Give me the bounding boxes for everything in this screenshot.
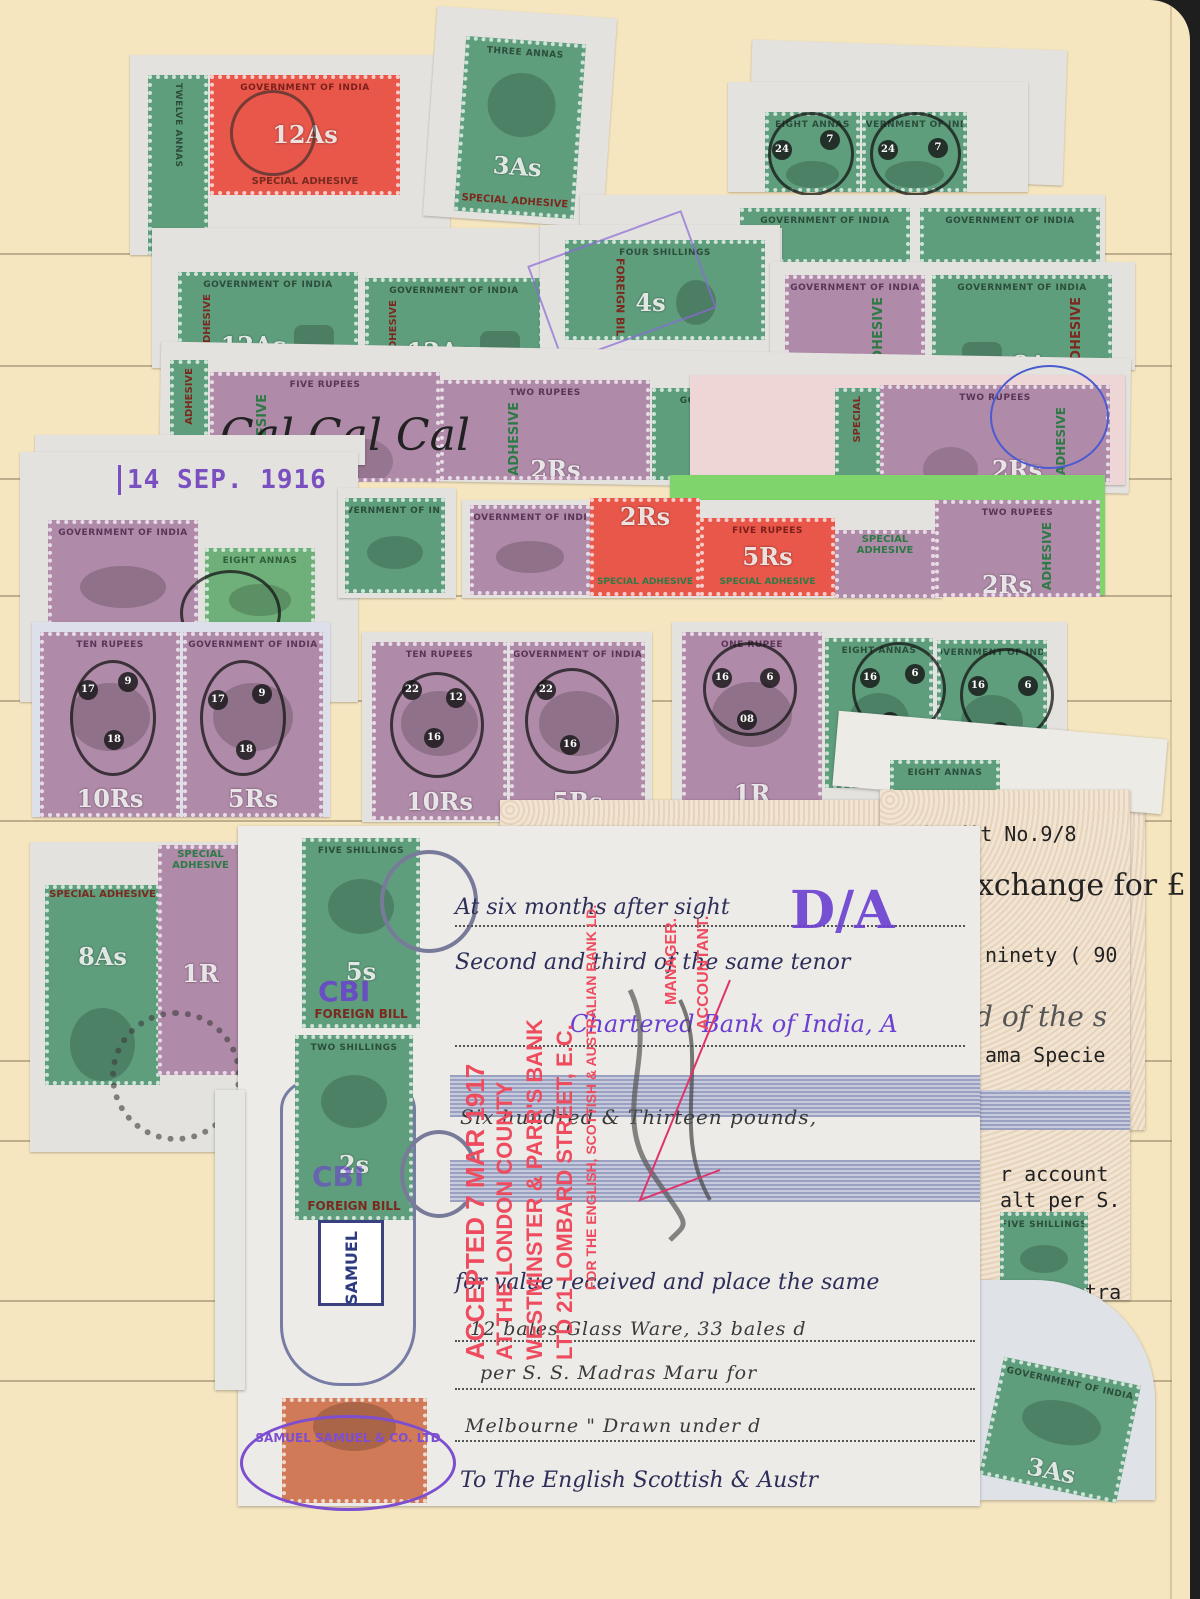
postmark-day: 16 — [968, 676, 988, 696]
postmark-month: 6 — [905, 664, 925, 684]
postmark-year: 16 — [560, 735, 580, 755]
typed-text: ninety ( 90 — [985, 943, 1117, 967]
cbi-handstamp: CBI — [312, 1160, 364, 1193]
stockbook-page: TWELVE ANNAS GOVERNMENT OF INDIA 12As SP… — [0, 0, 1190, 1599]
acceptance-stamp: FOR THE ENGLISH, SCOTTISH & AUSTRALIAN B… — [583, 905, 599, 1290]
stamp-special-adhesive-green: SPECIAL — [835, 388, 880, 480]
amount-band — [980, 1090, 1130, 1130]
postmark — [70, 660, 156, 776]
king-portrait — [367, 536, 422, 569]
postmark-day: 24 — [772, 140, 792, 160]
samuel-samuel-oval-handstamp: SAMUEL SAMUEL & CO. LTD — [240, 1415, 456, 1511]
postmark-day: 17 — [78, 680, 98, 700]
stamp-8-annas-green: GOVERNMENT OF INDIA — [920, 208, 1100, 263]
stamp-3-annas-special-adhesive: THREE ANNAS 3As SPECIAL ADHESIVE — [454, 36, 586, 219]
king-portrait — [80, 566, 165, 609]
bill-line-goods: 12 bales Glass Ware, 33 bales d — [470, 1318, 807, 1340]
postmark-month: 9 — [118, 672, 138, 692]
blue-oval-cancel — [990, 365, 1109, 469]
dotted-line — [455, 1440, 975, 1442]
bill-line-drawee: To The English Scottish & Austr — [460, 1468, 818, 1493]
postmark-day: 16 — [712, 668, 732, 688]
acceptance-stamp: WESTMINSTER & PARR'S BANK — [522, 1019, 548, 1360]
dotted-line — [455, 1388, 975, 1390]
bill-line-destination: Melbourne " Drawn under d — [465, 1415, 761, 1437]
signature-scribble — [600, 970, 750, 1250]
stamp-2-rupees-special-adhesive: TWO RUPEES SPECIAL ADHESIVE2Rs — [440, 380, 650, 480]
postmark-year: 08 — [737, 710, 757, 730]
king-portrait — [486, 71, 557, 139]
postmark-day: 24 — [878, 140, 898, 160]
postmark-month: 7 — [928, 138, 948, 158]
postmark-day: 16 — [860, 668, 880, 688]
stamp-piece — [215, 1090, 245, 1390]
king-portrait — [321, 1075, 387, 1128]
postmark-month: 6 — [1018, 676, 1038, 696]
stamp-5-rupees-red-special-adhesive: FIVE RUPEES 5Rs SPECIAL ADHESIVE — [700, 518, 835, 596]
typed-text: r account — [1000, 1162, 1108, 1186]
script-text: d of the s — [975, 1000, 1107, 1033]
bill-line-ship: per S. S. Madras Maru for — [480, 1362, 757, 1384]
postmark-month: 9 — [252, 684, 272, 704]
postmark-year: 18 — [236, 740, 256, 760]
da-handstamp: D/A — [790, 880, 894, 941]
postmark-month: 7 — [820, 130, 840, 150]
postmark-day: 22 — [402, 680, 422, 700]
page-edge — [1170, 0, 1172, 1599]
stamp-special-adhesive-purple: SPECIAL ADHESIVE — [835, 530, 935, 598]
exchange-heading: Exchange for £ — [955, 868, 1186, 903]
king-portrait — [1020, 1245, 1068, 1272]
postmark-year: 18 — [104, 730, 124, 750]
king-portrait — [1018, 1394, 1104, 1452]
drawer-label-box: SAMUEL — [318, 1220, 384, 1306]
acceptance-stamp: LTD 21 LOMBARD STREET, E.C. — [552, 1024, 578, 1360]
postmark-month: 6 — [760, 668, 780, 688]
postmark-day: 17 — [208, 690, 228, 710]
postmark-day: 22 — [536, 680, 556, 700]
stamp-2-rupees-red-special-adhesive: 2Rs SPECIAL ADHESIVE — [590, 498, 700, 596]
postmark — [230, 90, 316, 176]
acceptance-stamp: AT THE LONDON COUNTY — [492, 1082, 518, 1360]
acceptance-stamp: ACCEPTED 7 MAR 1917 — [460, 1064, 491, 1360]
date-handstamp: 14 SEP. 1916 — [118, 465, 327, 495]
cbi-handstamp: CBI — [318, 975, 370, 1008]
stamp-2-rupees-special-adhesive: TWO RUPEES 2RsSPECIAL ADHESIVE — [935, 500, 1100, 597]
typed-text: alt per S. — [1000, 1188, 1120, 1212]
postmark-year: 16 — [424, 728, 444, 748]
king-portrait — [496, 541, 563, 572]
postmark-month: 12 — [446, 688, 466, 708]
bill-line-value: for value received and place the same — [455, 1270, 879, 1295]
stamp-8-annas-green: GOVERNMENT OF INDIA — [345, 498, 445, 593]
typed-bank-name: ama Specie — [985, 1043, 1105, 1067]
stamp-rupees-purple: GOVERNMENT OF INDIA — [470, 505, 590, 595]
